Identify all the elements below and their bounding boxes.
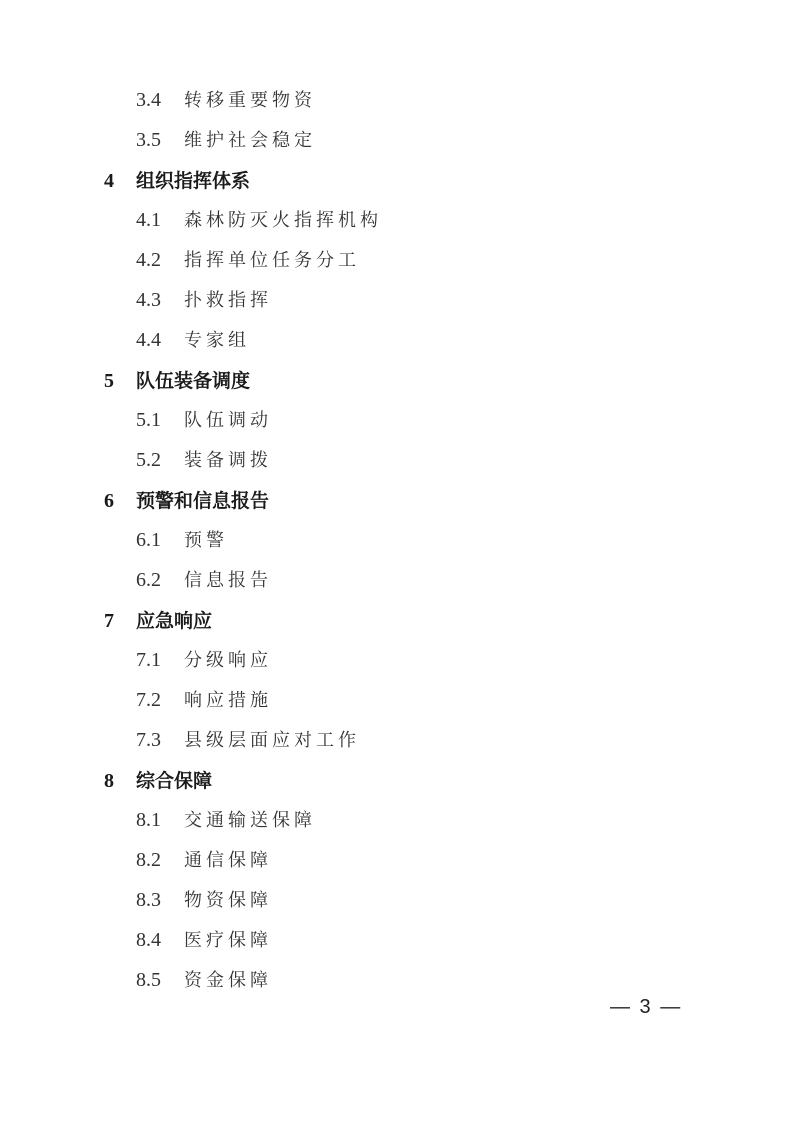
toc-entry-4-3: 4.3扑救指挥 [136,285,272,315]
toc-entry-5-1: 5.1队伍调动 [136,405,272,435]
toc-chapter-title: 综合保障 [136,770,212,792]
toc-chapter-number: 4 [104,166,136,196]
toc-entry-title: 森林防灭火指挥机构 [184,210,382,231]
toc-entry-number: 8.2 [136,845,184,875]
toc-entry-number: 8.4 [136,925,184,955]
toc-entry-title: 指挥单位任务分工 [184,250,360,271]
toc-entry-title: 信息报告 [184,570,272,591]
toc-entry-number: 8.5 [136,965,184,995]
toc-entry-title: 扑救指挥 [184,290,272,311]
toc-entry-number: 4.1 [136,205,184,235]
toc-entry-title: 响应措施 [184,690,272,711]
toc-chapter-number: 5 [104,366,136,396]
toc-entry-number: 7.1 [136,645,184,675]
toc-entry-title: 通信保障 [184,850,272,871]
toc-entry-5-2: 5.2装备调拨 [136,445,272,475]
toc-entry-number: 5.1 [136,405,184,435]
toc-entry-8-4: 8.4医疗保障 [136,925,272,955]
toc-entry-3-4: 3.4转移重要物资 [136,85,316,115]
toc-entry-title: 县级层面应对工作 [184,730,360,751]
toc-chapter-title: 组织指挥体系 [136,170,250,192]
toc-entry-7-1: 7.1分级响应 [136,645,272,675]
toc-entry-number: 3.4 [136,85,184,115]
toc-entry-number: 4.2 [136,245,184,275]
toc-chapter-5: 5队伍装备调度 [104,365,250,395]
toc-entry-8-2: 8.2通信保障 [136,845,272,875]
toc-entry-4-4: 4.4专家组 [136,325,250,355]
toc-entry-title: 转移重要物资 [184,90,316,111]
toc-entry-number: 4.3 [136,285,184,315]
toc-entry-title: 专家组 [184,330,250,351]
toc-chapter-7: 7应急响应 [104,605,212,635]
toc-entry-number: 6.2 [136,565,184,595]
toc-entry-6-1: 6.1预警 [136,525,228,555]
toc-chapter-number: 8 [104,766,136,796]
toc-entry-4-2: 4.2指挥单位任务分工 [136,245,360,275]
toc-entry-title: 维护社会稳定 [184,130,316,151]
toc-chapter-4: 4组织指挥体系 [104,165,250,195]
toc-entry-number: 3.5 [136,125,184,155]
toc-entry-number: 8.1 [136,805,184,835]
toc-entry-title: 资金保障 [184,970,272,991]
toc-entry-title: 交通输送保障 [184,810,316,831]
toc-entry-4-1: 4.1森林防灭火指挥机构 [136,205,382,235]
toc-chapter-number: 6 [104,486,136,516]
toc-entry-title: 物资保障 [184,890,272,911]
toc-entry-number: 7.2 [136,685,184,715]
toc-entry-title: 队伍调动 [184,410,272,431]
toc-entry-7-3: 7.3县级层面应对工作 [136,725,360,755]
toc-entry-title: 分级响应 [184,650,272,671]
toc-chapter-6: 6预警和信息报告 [104,485,269,515]
page-number: — 3 — [610,996,682,1019]
toc-entry-title: 医疗保障 [184,930,272,951]
toc-entry-8-5: 8.5资金保障 [136,965,272,995]
toc-chapter-title: 队伍装备调度 [136,370,250,392]
toc-chapter-title: 预警和信息报告 [136,490,269,512]
toc-entry-number: 8.3 [136,885,184,915]
toc-chapter-title: 应急响应 [136,610,212,632]
toc-entry-number: 5.2 [136,445,184,475]
toc-entry-number: 6.1 [136,525,184,555]
toc-entry-title: 预警 [184,530,228,551]
toc-entry-6-2: 6.2信息报告 [136,565,272,595]
toc-entry-number: 7.3 [136,725,184,755]
toc-chapter-8: 8综合保障 [104,765,212,795]
toc-entry-7-2: 7.2响应措施 [136,685,272,715]
toc-entry-3-5: 3.5维护社会稳定 [136,125,316,155]
toc-entry-8-3: 8.3物资保障 [136,885,272,915]
toc-entry-8-1: 8.1交通输送保障 [136,805,316,835]
toc-entry-number: 4.4 [136,325,184,355]
toc-entry-title: 装备调拨 [184,450,272,471]
toc-chapter-number: 7 [104,606,136,636]
